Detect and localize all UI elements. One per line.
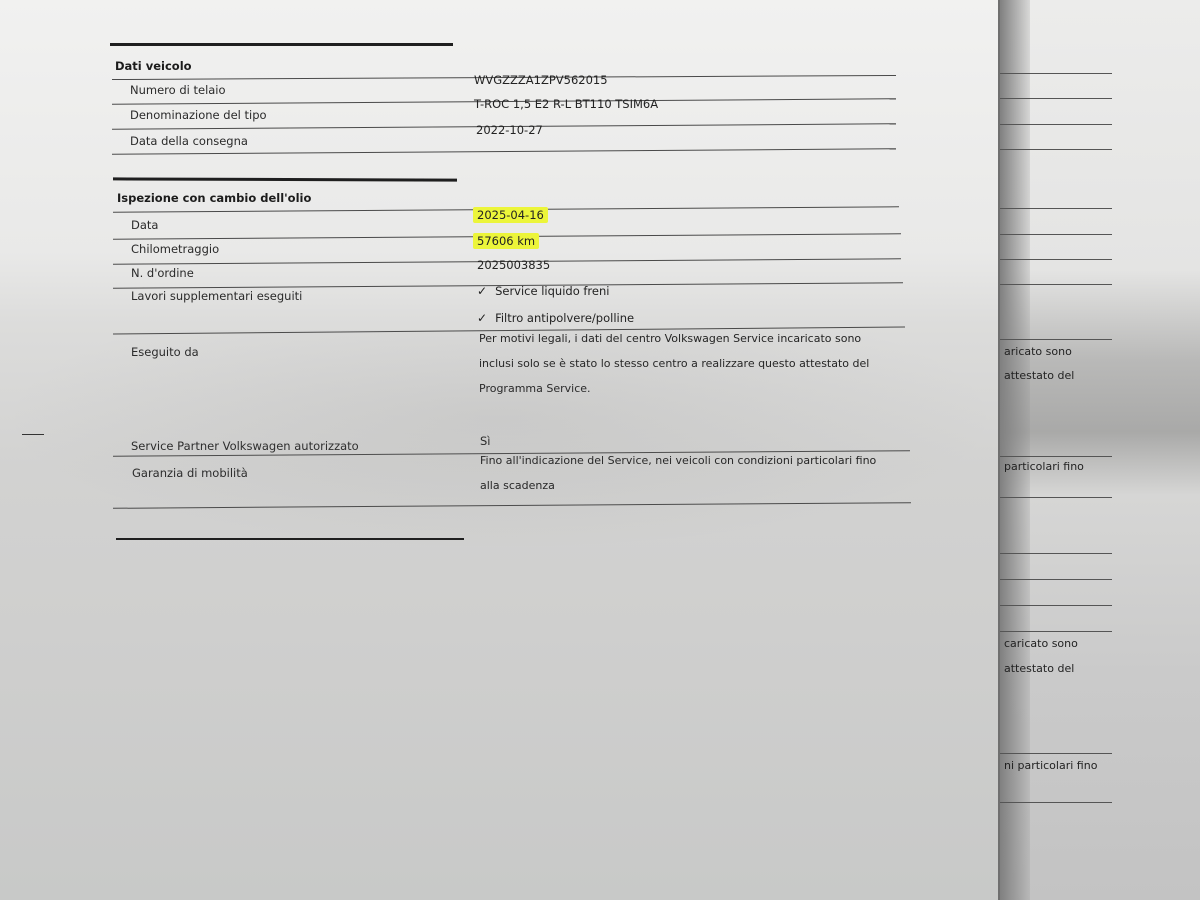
divider — [1000, 579, 1112, 580]
section-title-inspection: Ispezione con cambio dell'olio — [117, 191, 311, 205]
divider — [1000, 497, 1112, 498]
section-rule — [113, 177, 457, 181]
divider — [1000, 149, 1112, 150]
mobility-guarantee-note: Fino all'indicazione del Service, nei ve… — [480, 448, 900, 498]
text-fragment: caricato sono — [1004, 637, 1078, 650]
value-date: 2025-04-16 — [477, 208, 548, 222]
margin-mark — [22, 434, 44, 435]
label-date: Data — [131, 218, 158, 232]
value-authorized-partner: Sì — [480, 434, 491, 448]
section-rule — [110, 43, 453, 46]
divider — [1000, 73, 1112, 74]
label-chassis-number: Numero di telaio — [130, 83, 226, 97]
value-delivery-date: 2022-10-27 — [476, 123, 543, 137]
label-type-designation: Denominazione del tipo — [130, 108, 267, 122]
divider — [1000, 339, 1112, 340]
text-fragment: ni particolari fino — [1004, 759, 1097, 772]
text-fragment: attestato del — [1004, 369, 1074, 382]
divider — [1000, 284, 1112, 285]
section-rule — [116, 538, 464, 540]
label-mileage: Chilometraggio — [131, 242, 219, 256]
divider — [1000, 98, 1112, 99]
divider — [1000, 753, 1112, 754]
label-order-number: N. d'ordine — [131, 266, 194, 280]
text-fragment: particolari fino — [1004, 460, 1084, 473]
divider — [1000, 802, 1112, 803]
extra-work-item: ✓Service liquido freni — [477, 284, 609, 298]
divider — [1000, 605, 1112, 606]
performed-by-note: Per motivi legali, i dati del centro Vol… — [479, 326, 899, 401]
divider — [112, 148, 896, 154]
label-performed-by: Eseguito da — [131, 345, 199, 359]
value-mileage: 57606 km — [477, 234, 539, 248]
check-icon: ✓ — [477, 311, 487, 325]
underlying-document-page: aricato sono attestato del particolari f… — [998, 0, 1200, 900]
value-chassis-number: WVGZZZA1ZPV562015 — [474, 73, 608, 87]
value-type-designation: T-ROC 1,5 E2 R-L BT110 TSIM6A — [474, 97, 658, 111]
check-icon: ✓ — [477, 284, 487, 298]
text-fragment: attestato del — [1004, 662, 1074, 675]
label-authorized-partner: Service Partner Volkswagen autorizzato — [131, 439, 359, 453]
divider — [1000, 553, 1112, 554]
extra-work-item: ✓Filtro antipolvere/polline — [477, 311, 634, 325]
label-delivery-date: Data della consegna — [130, 134, 248, 148]
divider — [113, 502, 911, 509]
divider — [1000, 124, 1112, 125]
value-order-number: 2025003835 — [477, 258, 550, 272]
divider — [1000, 259, 1112, 260]
text-fragment: aricato sono — [1004, 345, 1072, 358]
divider — [1000, 208, 1112, 209]
divider — [1000, 456, 1112, 457]
divider — [1000, 234, 1112, 235]
section-title-vehicle-data: Dati veicolo — [115, 59, 192, 73]
divider — [1000, 631, 1112, 632]
highlighted-value: 57606 km — [473, 233, 539, 249]
highlighted-value: 2025-04-16 — [473, 207, 548, 223]
service-document-page: Dati veicolo Numero di telaio WVGZZZA1ZP… — [0, 0, 1000, 900]
label-mobility-guarantee: Garanzia di mobilità — [132, 466, 248, 480]
label-extra-work: Lavori supplementari eseguiti — [131, 289, 302, 303]
